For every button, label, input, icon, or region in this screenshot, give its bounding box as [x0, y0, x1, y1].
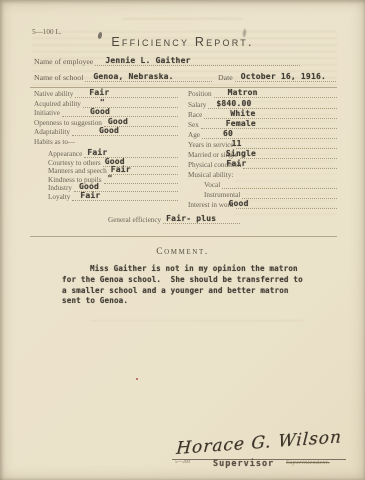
school-row: Name of school Genoa, Nebraska. [34, 72, 212, 82]
field-line: Good [72, 125, 178, 136]
school-line: Genoa, Nebraska. [85, 71, 212, 82]
field-line: Matron [214, 87, 337, 98]
field-loyalty: Loyalty Fair [48, 191, 178, 201]
comment-line: a smaller school and a younger and bette… [62, 286, 289, 295]
field-value: Good [229, 199, 249, 208]
field-general-efficiency: General efficiency Fair- plus [108, 214, 240, 224]
role-typed: Supervisor [213, 459, 274, 469]
field-label: Loyalty [48, 193, 70, 201]
comment-line: for the Genoa school. She should be tran… [62, 275, 303, 284]
date-label: Date [218, 73, 233, 82]
field-value: Matron [228, 88, 258, 97]
field-label: Years in service [188, 141, 234, 149]
field-line: Good [236, 198, 337, 209]
school-label: Name of school [34, 73, 83, 82]
red-speck [136, 378, 138, 380]
comment-heading-text: Comment. [156, 247, 209, 257]
date-line: October 16, 1916. [235, 71, 336, 82]
field-habits-heading: Habits as to— [34, 136, 178, 146]
signature-handwriting: Horace G. Wilson [175, 427, 342, 459]
field-label: Habits as to— [34, 138, 75, 146]
employee-label: Name of employee [34, 57, 93, 66]
field-value: Single [226, 149, 256, 158]
date-value: October 16, 1916. [241, 72, 326, 81]
date-row: Date October 16, 1916. [218, 72, 336, 82]
field-label: Interest in work [188, 201, 234, 209]
bleed-through-mid [90, 315, 305, 325]
field-value: 60 [223, 129, 233, 138]
field-position: Position Matron [188, 88, 337, 98]
field-value: 11 [232, 139, 242, 148]
employee-value: Jennie L. Gaither [105, 56, 190, 65]
bleed-through-top [122, 13, 242, 21]
field-label: Vocal [204, 181, 220, 189]
field-line [242, 188, 337, 199]
role-printed-struck: Superintendent. [286, 460, 330, 466]
comment-line: sent to Genoa. [62, 296, 128, 305]
field-value: Female [226, 119, 256, 128]
field-adaptability: Adaptability Good [34, 126, 178, 136]
field-value: Good [99, 126, 119, 135]
field-label: Sex [188, 121, 199, 129]
page-title-text: Efficiency Report. [111, 35, 253, 49]
employee-line: Jennie L. Gaither [95, 55, 300, 66]
field-physical-condition: Physical condition Fair [188, 159, 337, 169]
field-value: $840.00 [216, 99, 251, 108]
field-instrumental: Instrumental [204, 189, 337, 199]
print-note: 5—200 [175, 460, 190, 465]
field-value: White [230, 109, 255, 118]
school-value: Genoa, Nebraska. [93, 72, 173, 81]
employee-row: Name of employee Jennie L. Gaither [34, 56, 300, 66]
page-title: Efficiency Report. [0, 33, 365, 51]
field-value: Fair [226, 159, 246, 168]
comment-heading: Comment. [0, 241, 365, 259]
field-interest-in-work: Interest in work Good [188, 199, 337, 209]
field-line: Fair [72, 190, 178, 201]
section-divider-bottom [30, 236, 337, 237]
field-label: Age [188, 131, 200, 139]
field-value: Fair- plus [166, 214, 216, 223]
field-line: Fair- plus [163, 213, 240, 224]
field-line: Fair [243, 158, 337, 169]
scanned-form-page: 5—100 L. Efficiency Report. Name of empl… [0, 0, 365, 480]
comment-line: Miss Gaither is not in my opinion the ma… [90, 264, 298, 273]
field-value: Fair [80, 191, 100, 200]
field-label: General efficiency [108, 216, 161, 224]
